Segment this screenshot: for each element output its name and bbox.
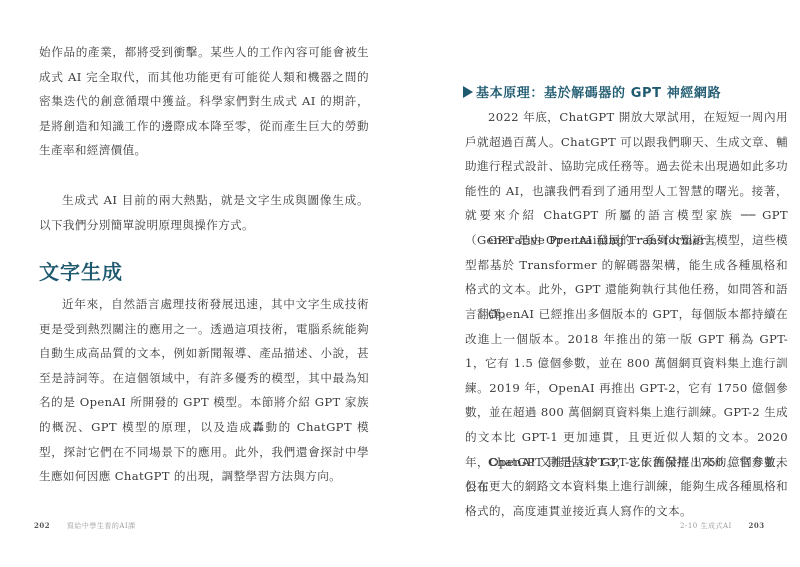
book-title: 寫給中學生看的AI課 <box>67 522 136 530</box>
section-heading: 文字生成 <box>39 256 123 285</box>
right-footer: 2-10 生成式AI 203 <box>680 521 765 531</box>
text-generation-paragraph: 近年來，自然語言處理技術發展迅速，其中文字生成技術更是受到熱烈關注的應用之一。透… <box>39 292 369 489</box>
chapter-title: 2-10 生成式AI <box>680 522 732 530</box>
chatgpt-basis-paragraph: ChatGPT 則是基於 GPT-3.5 而發展出來的。官方並未公布 <box>465 450 788 499</box>
subsection-heading: 基本原理：基於解碼器的 GPT 神經網路 <box>463 82 721 101</box>
subsection-heading-text: 基本原理：基於解碼器的 GPT 神經網路 <box>476 82 721 101</box>
left-footer: 202 寫給中學生看的AI課 <box>34 521 136 531</box>
left-page: 始作品的產業，都將受到衝擊。某些人的工作內容可能會被生成式 AI 完全取代，而其… <box>0 0 400 567</box>
page-number: 202 <box>34 521 50 530</box>
triangle-bullet-icon <box>463 86 473 98</box>
page-number: 203 <box>749 521 765 530</box>
right-page: 基本原理：基於解碼器的 GPT 神經網路 2022 年底，ChatGPT 開放大… <box>400 0 800 567</box>
intro-paragraph: 始作品的產業，都將受到衝擊。某些人的工作內容可能會被生成式 AI 完全取代，而其… <box>39 40 369 163</box>
hotspot-paragraph: 生成式 AI 目前的兩大熱點，就是文字生成與圖像生成。以下我們分別簡單說明原理與… <box>39 188 369 237</box>
